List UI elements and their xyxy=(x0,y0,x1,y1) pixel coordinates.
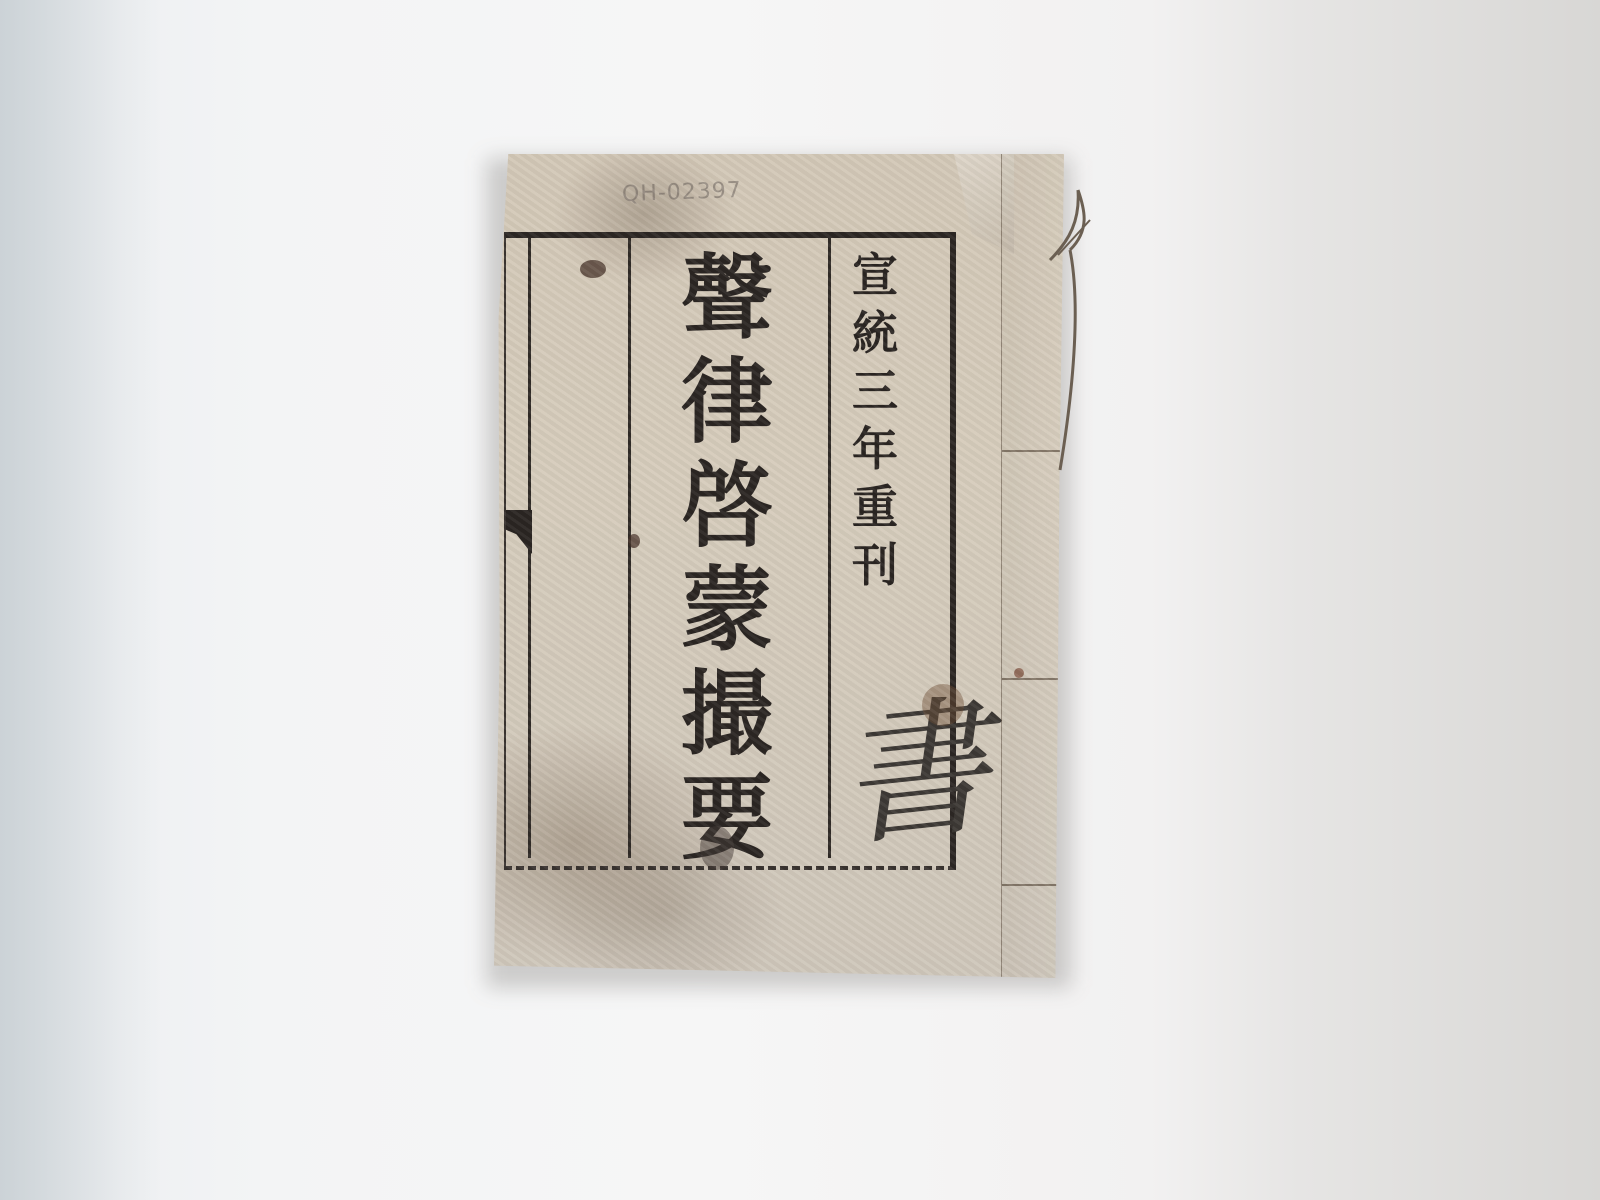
edition-char: 統 xyxy=(852,304,898,362)
binding-stitch xyxy=(1002,884,1064,886)
handwritten-mark: 書 xyxy=(827,645,999,875)
background-shadow xyxy=(0,0,160,1200)
ink-stain xyxy=(700,826,734,870)
library-label: QH-02397 xyxy=(622,178,743,207)
title-char: 聲 xyxy=(681,246,773,350)
edition-char: 年 xyxy=(852,420,898,478)
edition-char: 重 xyxy=(852,478,898,536)
edition-char: 三 xyxy=(852,362,898,420)
frame-divider-title-left xyxy=(628,238,631,858)
edition-char: 刊 xyxy=(852,536,898,594)
edition-char: 宣 xyxy=(852,246,898,304)
frame-divider-title-right xyxy=(828,238,831,858)
binding-stitch xyxy=(1002,678,1064,680)
ink-stain xyxy=(580,260,606,278)
title-char: 撮 xyxy=(681,662,773,766)
ink-stain xyxy=(628,534,640,548)
title-column: 聲 律 啓 蒙 撮 要 xyxy=(662,246,792,870)
edition-column: 宣 統 三 年 重 刊 xyxy=(840,246,910,594)
water-stain xyxy=(922,684,964,726)
title-char: 律 xyxy=(681,350,773,454)
binding-thread xyxy=(1040,180,1100,480)
title-char: 啓 xyxy=(681,454,773,558)
title-char: 蒙 xyxy=(681,558,773,662)
book-cover: QH-02397 宣 統 三 年 重 刊 聲 律 啓 蒙 撮 要 書 xyxy=(494,154,1064,978)
